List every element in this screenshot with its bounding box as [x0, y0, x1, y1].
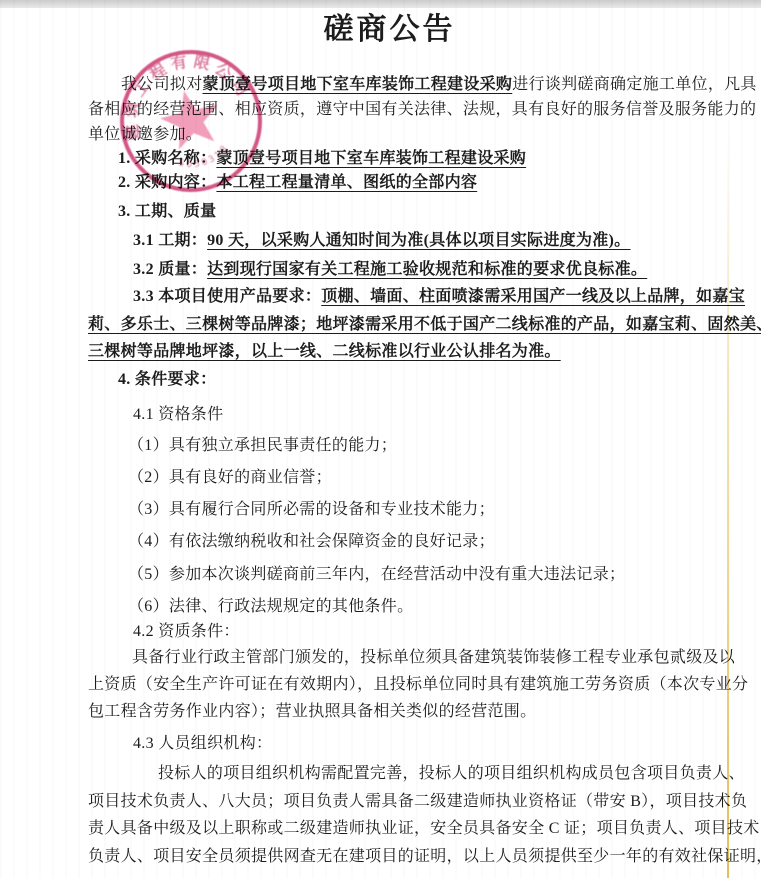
text-segment: （2）具有良好的商业信誉；	[128, 469, 332, 486]
text-segment: 3.3 本项目使用产品要求：	[133, 288, 321, 305]
text-segment: 1. 采购名称：	[118, 150, 216, 167]
doc-line: 3.1 工期：90 天，以采购人通知时间为准(具体以项目实际进度为准)。	[88, 229, 691, 253]
intro-paragraph: 我公司拟对蒙顶壹号项目地下室车库装饰工程建设采购进行谈判磋商确定施工单位，凡具备…	[88, 72, 691, 147]
text-segment: （6）法律、行政法规规定的其他条件。	[128, 598, 413, 615]
doc-line: 3.3 本项目使用产品要求：顶棚、墙面、柱面喷漆需采用国产一线及以上品牌，如嘉宝	[88, 283, 691, 311]
doc-line: 我公司拟对蒙顶壹号项目地下室车库装饰工程建设采购进行谈判磋商确定施工单位，凡具	[88, 72, 691, 97]
text-segment: 责人具备中级及以上职称或二级建造师执业证，安全员具备安全 C 证；项目负责人、项…	[88, 820, 760, 837]
doc-line: 4.3 人员组织机构：	[88, 732, 691, 756]
text-segment: 进行谈判磋商确定施工单位，凡具	[512, 76, 757, 93]
doc-line: （3）具有履行合同所必需的设备和专业技术能力；	[88, 494, 691, 526]
item-4-2-heading: 4.2 资质条件：	[88, 620, 691, 644]
text-segment: 三棵树等品牌地坪漆，以上一线、二线标准以行业公认排名为准。	[88, 343, 561, 360]
doc-line: 投标人的项目组织机构需配置完善，投标人的项目组织机构成员包含项目负责人、	[88, 760, 691, 788]
text-segment: 达到现行国家有关工程施工验收规范和标准的要求优良标准。	[207, 261, 647, 278]
text-segment: 包工程含劳务作业内容）；营业执照具备相关类似的经营范围。	[88, 703, 536, 720]
doc-line: （2）具有良好的商业信誉；	[88, 462, 691, 494]
text-segment: 4.1 资格条件	[133, 406, 223, 423]
item-purchase-content: 2. 采购内容：本工程工程量清单、图纸的全部内容	[88, 171, 691, 195]
doc-line: 包工程含劳务作业内容）；营业执照具备相关类似的经营范围。	[88, 698, 691, 725]
text-segment: 投标人的项目组织机构需配置完善，投标人的项目组织机构成员包含项目负责人、	[158, 765, 745, 782]
section-4-heading: 4. 条件要求：	[88, 368, 691, 392]
text-segment: 4. 条件要求：	[118, 371, 216, 388]
doc-line: 3. 工期、质量	[88, 200, 691, 224]
doc-line: 上资质（安全生产许可证在有效期内），且投标单位同时具有建筑施工劳务资质（本次专业…	[88, 671, 691, 698]
doc-line: 4.2 资质条件：	[88, 620, 691, 644]
doc-line: 4. 条件要求：	[88, 368, 691, 392]
text-segment: 本工程工程量清单、图纸的全部内容	[216, 174, 477, 191]
text-segment: 顶棚、墙面、柱面喷漆需采用国产一线及以上品牌，如嘉宝	[321, 288, 745, 305]
text-segment: 具备行业行政主管部门颁发的，投标单位须具备建筑装饰装修工程专业承包贰级及以	[132, 649, 735, 666]
text-segment: （5）参加本次谈判磋商前三年内，在经营活动中没有重大违法记录；	[128, 566, 625, 583]
text-segment: 4.3 人员组织机构：	[133, 735, 272, 752]
text-segment: 4.2 资质条件：	[133, 623, 240, 640]
qualification-list: （1）具有独立承担民事责任的能力；（2）具有良好的商业信誉；（3）具有履行合同所…	[88, 430, 691, 624]
document-blocks: 我公司拟对蒙顶壹号项目地下室车库装饰工程建设采购进行谈判磋商确定施工单位，凡具备…	[88, 72, 691, 870]
section-3-heading: 3. 工期、质量	[88, 200, 691, 224]
doc-line: 备相应的经营范围、相应资质，遵守中国有关法律、法规，具有良好的服务信誉及服务能力…	[88, 97, 691, 122]
doc-line: 具备行业行政主管部门颁发的，投标单位须具备建筑装饰装修工程专业承包贰级及以	[88, 644, 691, 671]
doc-line: 4.1 资格条件	[88, 403, 691, 427]
text-segment: 莉、多乐士、三棵树等品牌漆；地坪漆需采用不低于国产二线标准的产品，如嘉宝莉、固然…	[88, 316, 761, 333]
text-segment: 上资质（安全生产许可证在有效期内），且投标单位同时具有建筑施工劳务资质（本次专业…	[88, 676, 748, 693]
item-4-1-heading: 4.1 资格条件	[88, 403, 691, 427]
document-title: 磋商公告	[88, 10, 691, 50]
doc-line: 3.2 质量：达到现行国家有关工程施工验收规范和标准的要求优良标准。	[88, 258, 691, 282]
doc-line: （5）参加本次谈判磋商前三年内，在经营活动中没有重大违法记录；	[88, 559, 691, 591]
item-3-2-quality: 3.2 质量：达到现行国家有关工程施工验收规范和标准的要求优良标准。	[88, 258, 691, 282]
text-segment: 蒙顶壹号项目地下室车库装饰工程建设采购	[203, 76, 513, 93]
doc-line: （1）具有独立承担民事责任的能力；	[88, 430, 691, 462]
qualification-paragraph: 具备行业行政主管部门颁发的，投标单位须具备建筑装饰装修工程专业承包贰级及以上资质…	[88, 644, 691, 725]
doc-line: 2. 采购内容：本工程工程量清单、图纸的全部内容	[88, 171, 691, 195]
text-segment: 单位诚邀参加。	[88, 126, 202, 143]
doc-line: （6）法律、行政法规规定的其他条件。	[88, 591, 691, 623]
doc-line: 单位诚邀参加。	[88, 122, 691, 147]
text-segment: 备相应的经营范围、相应资质，遵守中国有关法律、法规，具有良好的服务信誉及服务能力…	[88, 101, 756, 118]
doc-line: （4）有依法缴纳税收和社会保障资金的良好记录；	[88, 526, 691, 558]
text-segment: 负责人、项目安全员须提供网查无在建项目的证明，以上人员须提供至少一年的有效社保证…	[88, 848, 761, 865]
doc-line: 责人具备中级及以上职称或二级建造师执业证，安全员具备安全 C 证；项目负责人、项…	[88, 815, 691, 843]
text-segment: 2. 采购内容：	[118, 174, 216, 191]
doc-line: 1. 采购名称：蒙顶壹号项目地下室车库装饰工程建设采购	[88, 147, 691, 171]
organization-paragraph: 投标人的项目组织机构需配置完善，投标人的项目组织机构成员包含项目负责人、项目技术…	[88, 760, 691, 870]
doc-line: 莉、多乐士、三棵树等品牌漆；地坪漆需采用不低于国产二线标准的产品，如嘉宝莉、固然…	[88, 311, 691, 339]
text-segment: 3.1 工期：	[133, 232, 207, 249]
item-purchase-name: 1. 采购名称：蒙顶壹号项目地下室车库装饰工程建设采购	[88, 147, 691, 171]
text-segment: （4）有依法缴纳税收和社会保障资金的良好记录；	[128, 533, 495, 550]
text-segment: 90 天，以采购人通知时间为准(具体以项目实际进度为准)。	[207, 232, 630, 249]
text-segment: 我公司拟对	[121, 76, 203, 93]
item-3-1-duration: 3.1 工期：90 天，以采购人通知时间为准(具体以项目实际进度为准)。	[88, 229, 691, 253]
doc-line: 负责人、项目安全员须提供网查无在建项目的证明，以上人员须提供至少一年的有效社保证…	[88, 843, 691, 871]
text-segment: 蒙顶壹号项目地下室车库装饰工程建设采购	[216, 150, 526, 167]
text-segment: 3.2 质量：	[133, 261, 207, 278]
doc-line: 三棵树等品牌地坪漆，以上一线、二线标准以行业公认排名为准。	[88, 338, 691, 366]
document-body: 磋商公告 我公司拟对蒙顶壹号项目地下室车库装饰工程建设采购进行谈判磋商确定施工单…	[0, 0, 761, 878]
doc-line: 项目技术负责人、八大员；项目负责人需具备二级建造师执业资格证（带安 B），项目技…	[88, 788, 691, 816]
text-segment: （1）具有独立承担民事责任的能力；	[128, 437, 397, 454]
item-3-3-products: 3.3 本项目使用产品要求：顶棚、墙面、柱面喷漆需采用国产一线及以上品牌，如嘉宝…	[88, 283, 691, 366]
text-segment: 项目技术负责人、八大员；项目负责人需具备二级建造师执业资格证（带安 B），项目技…	[88, 793, 747, 810]
text-segment: （3）具有履行合同所必需的设备和专业技术能力；	[128, 501, 495, 518]
text-segment: 3. 工期、质量	[118, 203, 216, 220]
item-4-3-heading: 4.3 人员组织机构：	[88, 732, 691, 756]
